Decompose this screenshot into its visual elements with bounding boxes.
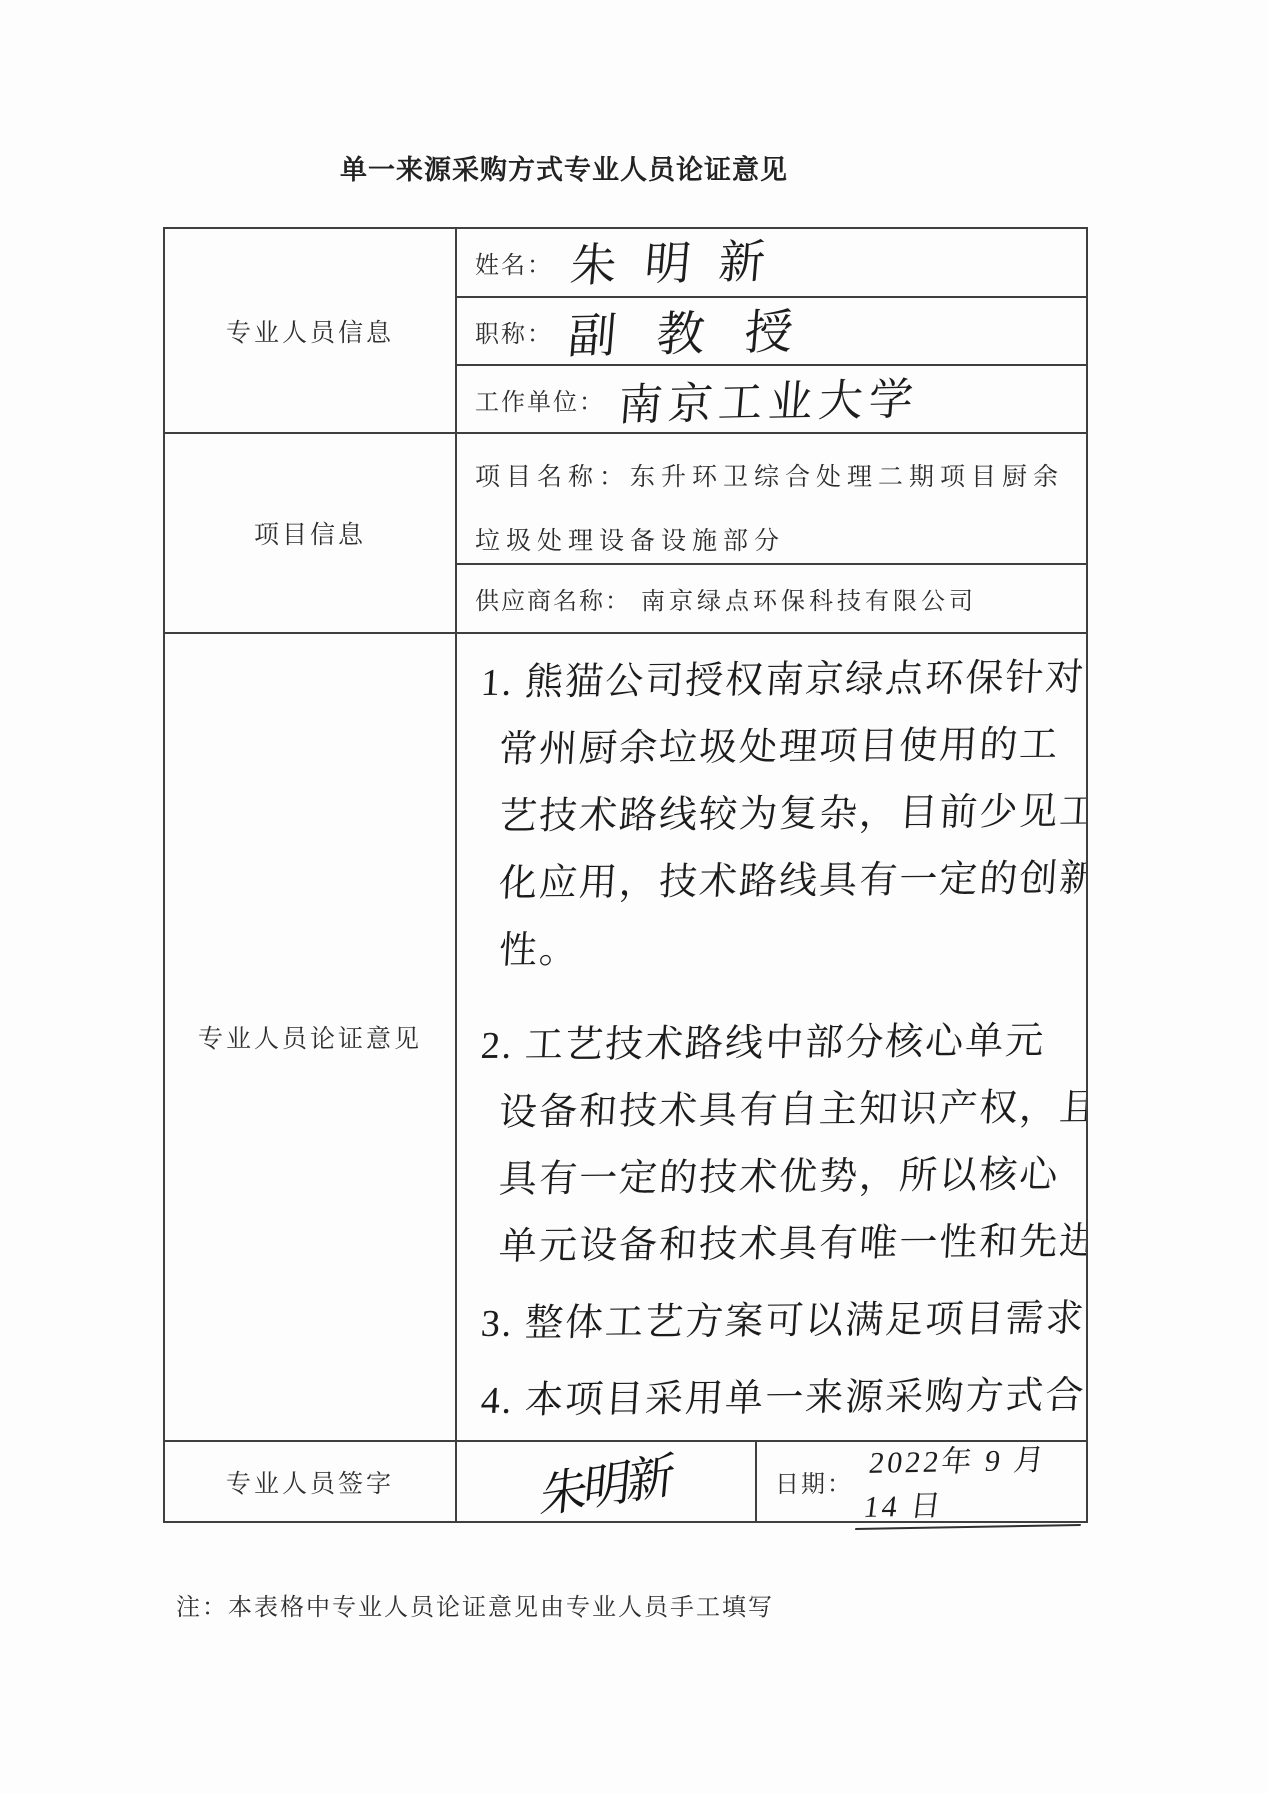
project-name-row: 项目名称：东升环卫综合处理二期项目厨余垃圾处理设备设施部分 [457, 434, 1086, 563]
personnel-info-row: 专业人员信息 姓名： 朱明新 职称： 副教授 工作单位： 南京工业大学 [165, 229, 1086, 432]
personnel-fields: 姓名： 朱明新 职称： 副教授 工作单位： 南京工业大学 [457, 229, 1086, 432]
opinion-line: 1. 熊猫公司授权南京绿点环保针对 [479, 645, 1080, 717]
employer-row: 工作单位： 南京工业大学 [457, 364, 1086, 432]
employer-label: 工作单位： [475, 382, 605, 417]
supplier-value: 南京绿点环保科技有限公司 [641, 581, 977, 616]
opinion-line: 常州厨余垃圾处理项目使用的工 [479, 712, 1080, 784]
opinion-section-label: 专业人员论证意见 [165, 634, 457, 1440]
name-row: 姓名： 朱明新 [457, 229, 1086, 296]
opinion-line: 单元设备和技术具有唯一性和先进性. [479, 1209, 1080, 1281]
job-title-row: 职称： 副教授 [457, 296, 1086, 364]
supplier-label: 供应商名称： [475, 581, 631, 616]
job-title-handwritten-value: 副教授 [566, 292, 836, 367]
opinion-line: 艺技术路线较为复杂，目前少见工业 [479, 779, 1080, 851]
opinion-form-table: 专业人员信息 姓名： 朱明新 职称： 副教授 工作单位： 南京工业大学 项目信息… [163, 227, 1088, 1523]
job-title-label: 职称： [475, 314, 553, 349]
opinion-line: 4. 本项目采用单一来源采购方式合理. [479, 1363, 1080, 1435]
opinion-handwritten-text: 1. 熊猫公司授权南京绿点环保针对 常州厨余垃圾处理项目使用的工 艺技术路线较为… [457, 634, 1086, 1440]
name-handwritten-value: 朱明新 [568, 224, 796, 295]
project-name-label: 项目名称： [475, 464, 630, 491]
project-info-row: 项目信息 项目名称：东升环卫综合处理二期项目厨余垃圾处理设备设施部分 供应商名称… [165, 432, 1086, 632]
footnote: 注：本表格中专业人员论证意见由专业人员手工填写 [176, 1587, 774, 1622]
supplier-row: 供应商名称： 南京绿点环保科技有限公司 [457, 563, 1086, 632]
signature-row: 专业人员签字 朱明新 日期： 2022年 9 月 14 日 [165, 1440, 1086, 1521]
date-label: 日期： [775, 1464, 853, 1499]
opinion-line: 设备和技术具有自主知识产权，且 [479, 1075, 1080, 1147]
signature-cell: 朱明新 [457, 1442, 757, 1521]
page-title: 单一来源采购方式专业人员论证意见 [340, 148, 788, 187]
date-cell: 日期： 2022年 9 月 14 日 [757, 1442, 1086, 1521]
opinion-line: 2. 工艺技术路线中部分核心单元 [479, 1008, 1080, 1080]
opinion-row: 专业人员论证意见 1. 熊猫公司授权南京绿点环保针对 常州厨余垃圾处理项目使用的… [165, 632, 1086, 1440]
opinion-line: 3. 整体工艺方案可以满足项目需求. [479, 1286, 1080, 1358]
handwritten-date: 2022年 9 月 14 日 [855, 1434, 1092, 1530]
project-fields: 项目名称：东升环卫综合处理二期项目厨余垃圾处理设备设施部分 供应商名称： 南京绿… [457, 434, 1086, 632]
name-label: 姓名： [475, 245, 553, 280]
signature-label: 专业人员签字 [165, 1442, 457, 1521]
employer-handwritten-value: 南京工业大学 [616, 363, 922, 433]
opinion-line: 性。 [479, 913, 1080, 985]
opinion-line: 具有一定的技术优势，所以核心 [479, 1142, 1080, 1214]
handwritten-signature: 朱明新 [538, 1436, 675, 1527]
personnel-section-label: 专业人员信息 [165, 229, 457, 432]
project-section-label: 项目信息 [165, 434, 457, 632]
opinion-line: 化应用，技术路线具有一定的创新 [479, 846, 1080, 918]
